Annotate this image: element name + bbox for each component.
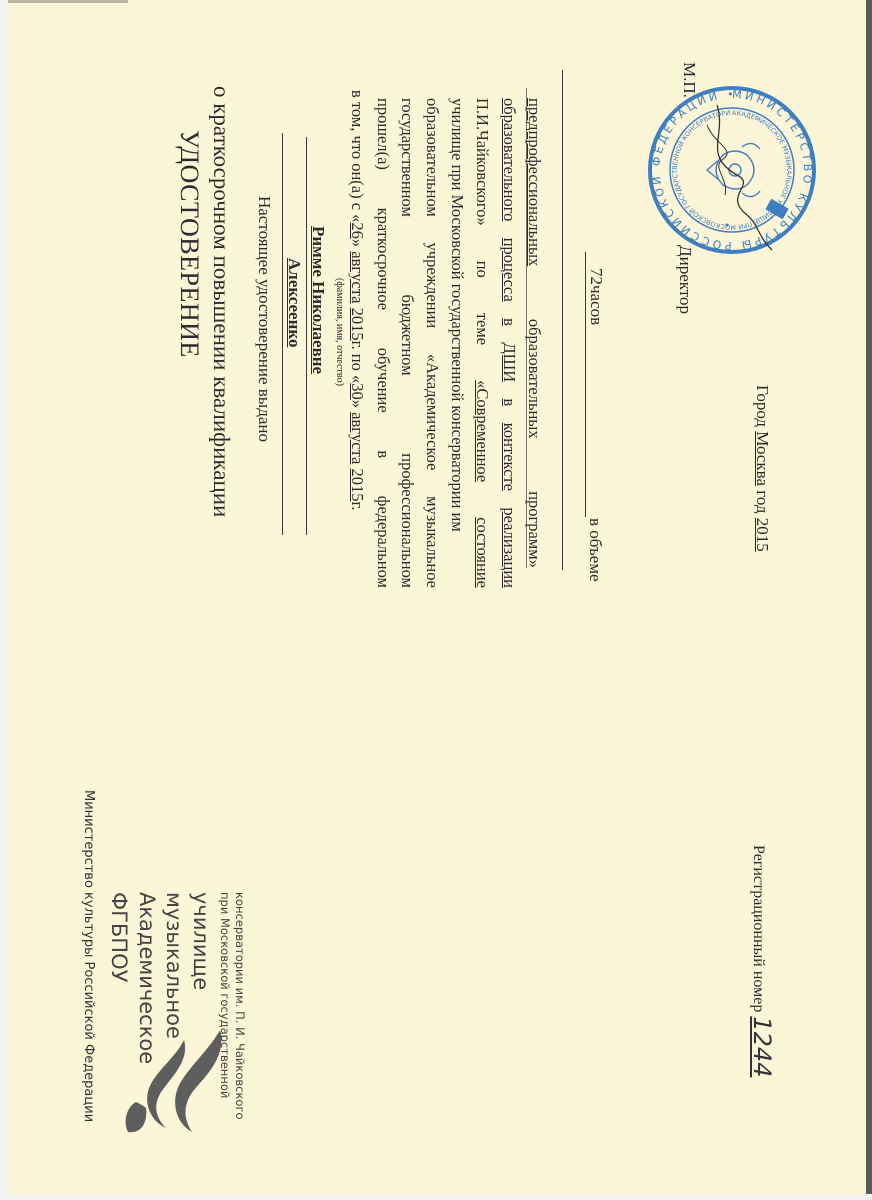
org-name-line-3: училище: [187, 892, 214, 990]
end-year: 2015: [348, 468, 367, 501]
start-year: 2015: [348, 308, 367, 341]
topic-line-2: предпрофессиональныхобразовательныхпрогр…: [524, 98, 544, 568]
official-stamp: МИНИСТЕРСТВО КУЛЬТУРЫ РОССИЙСКОЙ ФЕДЕРАЦ…: [647, 85, 817, 255]
org-sub-line-1: при Московской государственной: [217, 892, 232, 1098]
name-patronymic-text: Римме Николаевне: [309, 226, 328, 374]
end-month: августа: [348, 412, 367, 464]
scan-edge-left: [0, 0, 8, 1200]
eagle-emblem-icon: [707, 143, 760, 196]
scan-edge-top: [8, 0, 128, 3]
name-caption: (фамилия, имя, отчество): [334, 278, 345, 386]
volume-value: 72часов: [586, 268, 606, 325]
scan-edge-right: [866, 0, 872, 1200]
org-sub-line-2: консерватории им. П. И. Чайковского: [232, 892, 247, 1120]
start-month: августа: [348, 251, 367, 303]
topic-line-1: образовательногопроцессавДШИвконтекстере…: [499, 98, 519, 588]
period-line: в том, что он(а) с «26» августа 2015г. п…: [347, 90, 367, 511]
city-year: Город Москва год 2015: [752, 385, 772, 552]
certificate-title: УДОСТОВЕРЕНИЕ: [174, 130, 204, 358]
start-day: 26: [348, 222, 367, 239]
end-day: 30: [348, 383, 367, 400]
org-abbr: ФГБПОУ: [105, 892, 132, 982]
surname-text: Алексеенко: [285, 258, 304, 347]
topic-underline: [526, 88, 527, 568]
body-line-4: образовательномучреждении«Академическоем…: [422, 98, 442, 588]
volume-label: в объеме: [585, 518, 605, 582]
org-name-line-2: музыкальное: [160, 892, 187, 1039]
year-value: 2015: [753, 518, 772, 552]
city-value: Москва: [753, 431, 772, 486]
name-line-2: [306, 137, 307, 535]
scan-edge-bottom: [0, 1194, 872, 1200]
body-line-5: училище при Московской государственной к…: [447, 98, 467, 588]
ministry-text: Министерство культуры Российской Федерац…: [81, 790, 96, 1122]
certificate-sheet: УДОСТОВЕРЕНИЕ о краткосрочном повышении …: [0, 0, 872, 1200]
recipient-surname: Алексеенко: [284, 258, 304, 347]
recipient-name: Римме Николаевне: [308, 226, 328, 374]
registration: Регистрационный номер 1244: [748, 845, 776, 1077]
body-line-3: государственномбюджетномпрофессиональном: [397, 98, 417, 588]
name-line-1: [282, 133, 283, 535]
registration-number: 1244: [748, 1016, 776, 1077]
body-line-2: прошел(а)краткосрочноеобучениевфедеральн…: [373, 98, 393, 588]
director-label: Директор: [675, 245, 695, 314]
registration-label: Регистрационный номер: [750, 845, 767, 1012]
intro-text: Настоящее удостоверение выдано: [254, 196, 274, 442]
org-name-line-1: Академическое: [133, 892, 160, 1064]
blank-line: [562, 70, 563, 570]
certificate-subtitle: о краткосрочном повышении квалификации: [208, 86, 234, 517]
body-line-6: П.И.Чайковского»потеме«Современноесостоя…: [472, 98, 492, 588]
